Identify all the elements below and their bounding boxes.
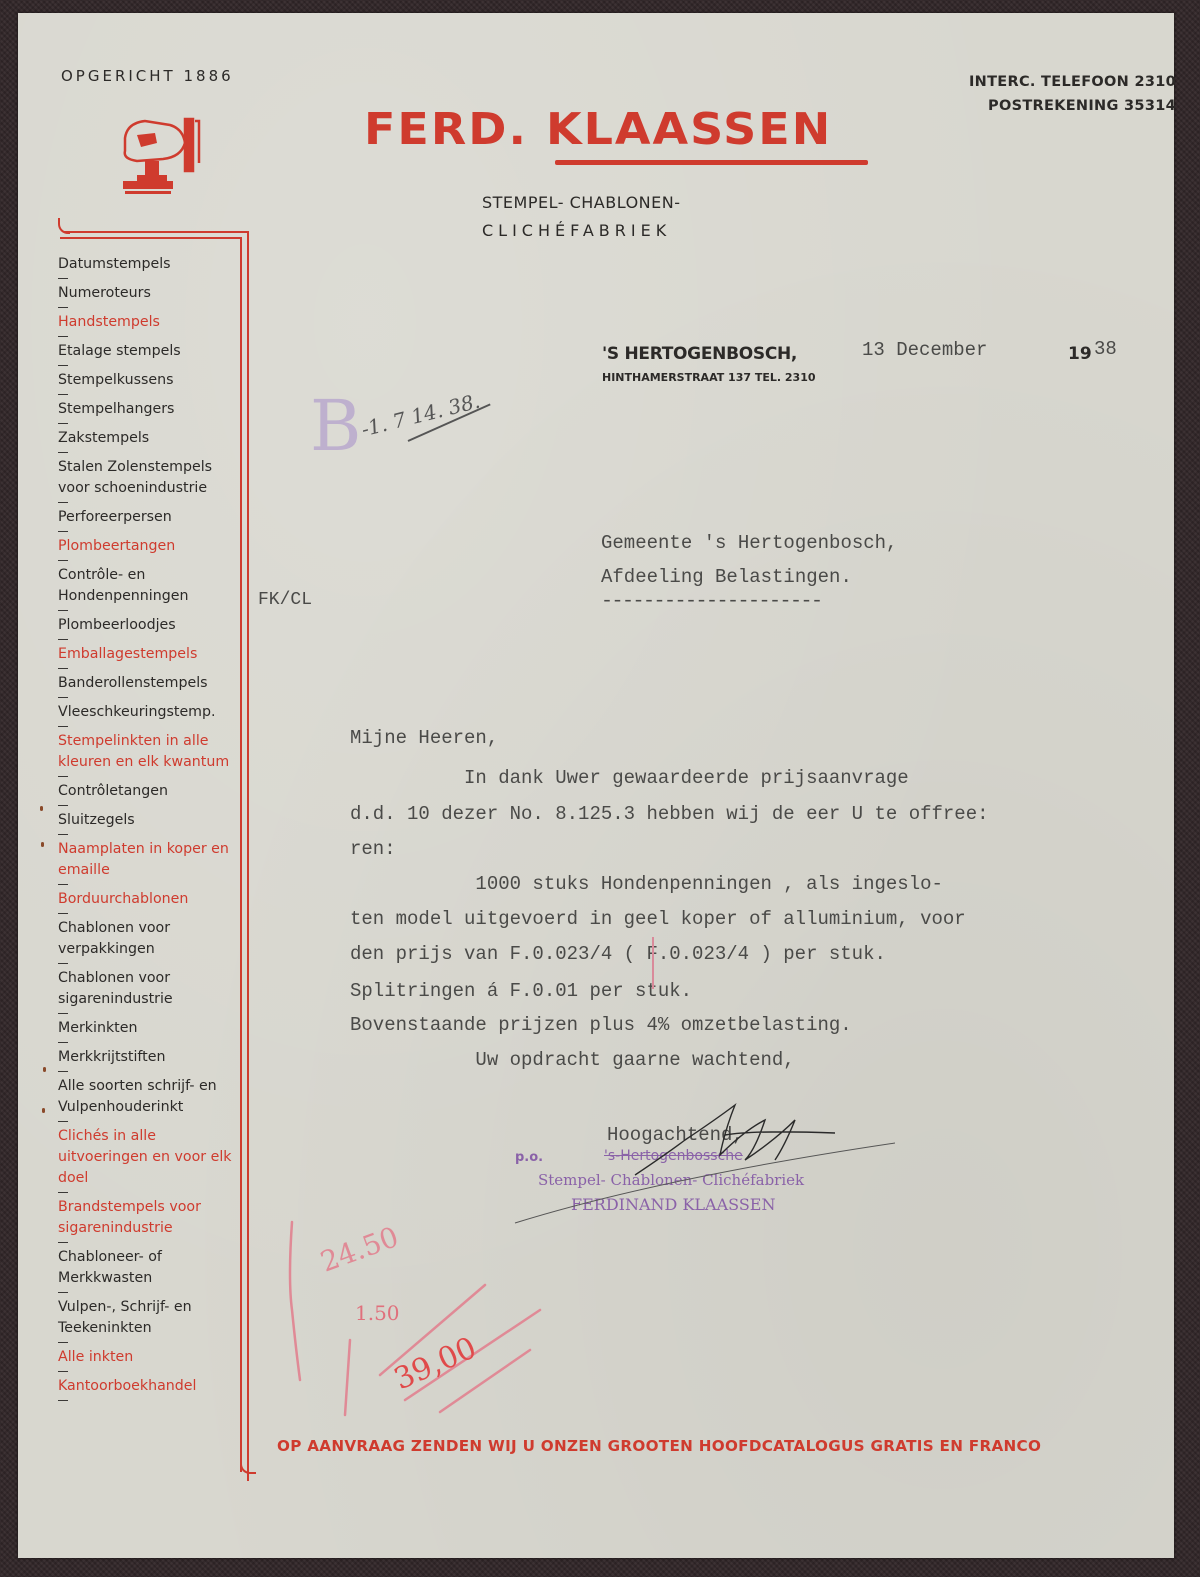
product-list-item: Perforeerpersen — [58, 502, 238, 531]
letter-line: ren: — [350, 838, 396, 860]
product-list-item: Plombeerloodjes — [58, 610, 238, 639]
founded-label: OPGERICHT 1886 — [61, 67, 234, 85]
letter-line: In dank Uwer gewaardeerde prijsaanvrage — [350, 767, 909, 789]
salutation: Mijne Heeren, — [350, 727, 498, 749]
product-list-item: Kantoorboekhandel — [58, 1371, 238, 1400]
product-list-item: Stempelhangers — [58, 394, 238, 423]
logo-underline — [555, 160, 868, 165]
company-name: FERD. KLAASSEN — [364, 105, 832, 153]
product-list-item: Chablonen voor sigarenindustrie — [58, 963, 238, 1013]
letter-line: den prijs van F.0.023/4 ( F.0.023/4 ) pe… — [350, 943, 886, 965]
received-stamp-letter: B — [310, 385, 361, 467]
product-list-item: Zakstempels — [58, 423, 238, 452]
product-list-item: Vleeschkeuringstemp. — [58, 697, 238, 726]
frame-rule-vertical-1 — [240, 237, 242, 1472]
rust-mark — [42, 1108, 45, 1113]
year-typed: 38 — [1094, 338, 1117, 360]
product-list-item: Chablonen voor verpakkingen — [58, 913, 238, 963]
phone-label: INTERC. TELEFOON 2310 — [969, 70, 1176, 94]
pencil-mark — [652, 937, 654, 989]
product-list-item: Contrôletangen — [58, 776, 238, 805]
frame-rule-top-2 — [60, 237, 240, 239]
addressee-rule: --------------------- — [601, 590, 822, 613]
postal-account-label: POSTREKENING 35314 — [969, 94, 1176, 118]
rust-mark — [41, 842, 44, 847]
product-list-item: Clichés in alle uitvoeringen en voor elk… — [58, 1121, 238, 1192]
product-list-item: Vulpen-, Schrijf- en Teekeninkten — [58, 1292, 238, 1342]
product-list-item: Borduurchablonen — [58, 884, 238, 913]
pencil-calculation: 24.50 1.50 39,00 — [280, 1200, 550, 1420]
product-list-item: Stempelinkten in alle kleuren en elk kwa… — [58, 726, 238, 776]
product-list-item: Merkinkten — [58, 1013, 238, 1042]
product-list-item: Alle inkten — [58, 1342, 238, 1371]
addressee-line-1: Gemeente 's Hertogenbosch, — [601, 532, 897, 554]
city-label: 'S HERTOGENBOSCH, — [602, 344, 797, 364]
product-list-item: Alle soorten schrijf- en Vulpenhouderink… — [58, 1071, 238, 1121]
pencil-figure-3: 39,00 — [389, 1330, 482, 1397]
letter-line: Bovenstaande prijzen plus 4% omzetbelast… — [350, 1014, 852, 1036]
product-list-item: Numeroteurs — [58, 278, 238, 307]
catalogue-footer: OP AANVRAAG ZENDEN WIJ U ONZEN GROOTEN H… — [277, 1437, 1041, 1455]
company-subtitle-1: STEMPEL- CHABLONEN- — [482, 193, 680, 212]
year-printed: 19 — [1068, 344, 1092, 364]
letter-line: d.d. 10 dezer No. 8.125.3 hebben wij de … — [350, 803, 989, 825]
rust-mark — [43, 1067, 46, 1072]
product-list-item: Brandstempels voor sigarenindustrie — [58, 1192, 238, 1242]
letter-line: ten model uitgevoerd in geel koper of al… — [350, 908, 966, 930]
product-list-item: Contrôle- en Hondenpenningen — [58, 560, 238, 610]
product-list-item: Etalage stempels — [58, 336, 238, 365]
typed-date: 13 December — [862, 339, 987, 361]
rust-mark — [40, 806, 43, 811]
product-list-item: Emballagestempels — [58, 639, 238, 668]
product-list-item: Plombeertangen — [58, 531, 238, 560]
product-list-item: Merkkrijtstiften — [58, 1042, 238, 1071]
letter-line: 1000 stuks Hondenpenningen , als ingeslo… — [350, 873, 943, 895]
pencil-figure-1: 24.50 — [316, 1220, 403, 1278]
letter-line: Splitringen á F.0.01 per stuk. — [350, 980, 692, 1002]
product-list-item: Chabloneer- of Merkkwasten — [58, 1242, 238, 1292]
signature-stroke — [510, 1138, 895, 1228]
hand-stamp-icon — [115, 113, 210, 203]
contact-block: INTERC. TELEFOON 2310 POSTREKENING 35314 — [969, 70, 1176, 118]
product-list-item: Datumstempels — [58, 249, 238, 278]
product-list-item: Stempelkussens — [58, 365, 238, 394]
addressee-line-2: Afdeeling Belastingen. — [601, 566, 852, 588]
product-list-item: Handstempels — [58, 307, 238, 336]
pencil-figure-2: 1.50 — [355, 1301, 400, 1325]
reference-code: FK/CL — [258, 590, 312, 610]
company-subtitle-2: CLICHÉFABRIEK — [482, 221, 671, 240]
product-list-item: Sluitzegels — [58, 805, 238, 834]
frame-rule-top-1 — [64, 231, 247, 233]
product-list-item: Banderollenstempels — [58, 668, 238, 697]
frame-rule-vertical-2 — [247, 231, 249, 1481]
product-list-item: Naamplaten in koper en emaille — [58, 834, 238, 884]
product-list-item: Stalen Zolenstempels voor schoenindustri… — [58, 452, 238, 502]
letter-line: Uw opdracht gaarne wachtend, — [350, 1049, 795, 1071]
street-label: HINTHAMERSTRAAT 137 TEL. 2310 — [602, 371, 816, 384]
product-list: DatumstempelsNumeroteursHandstempelsEtal… — [58, 249, 238, 1400]
